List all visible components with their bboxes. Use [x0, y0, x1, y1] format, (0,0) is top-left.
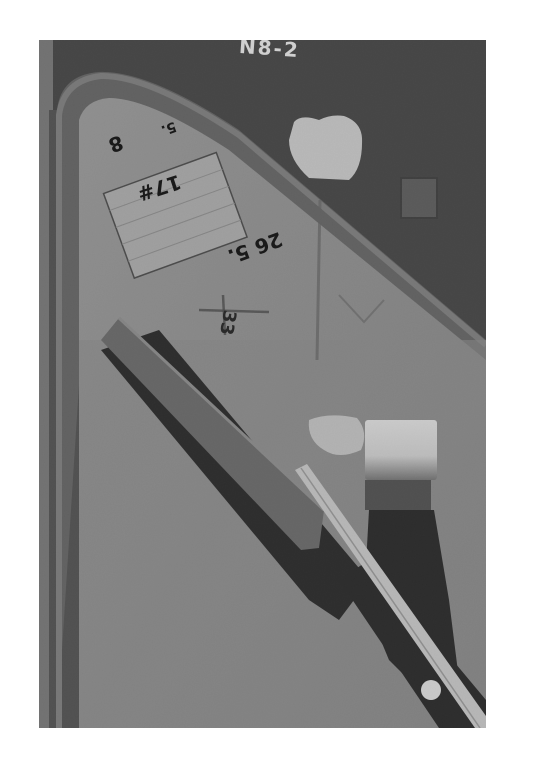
photograph: N8-2 8 5. 17# 26 5. 33 — [39, 40, 486, 728]
photo-scene — [39, 40, 486, 728]
cross-marking: 33 — [215, 308, 240, 336]
